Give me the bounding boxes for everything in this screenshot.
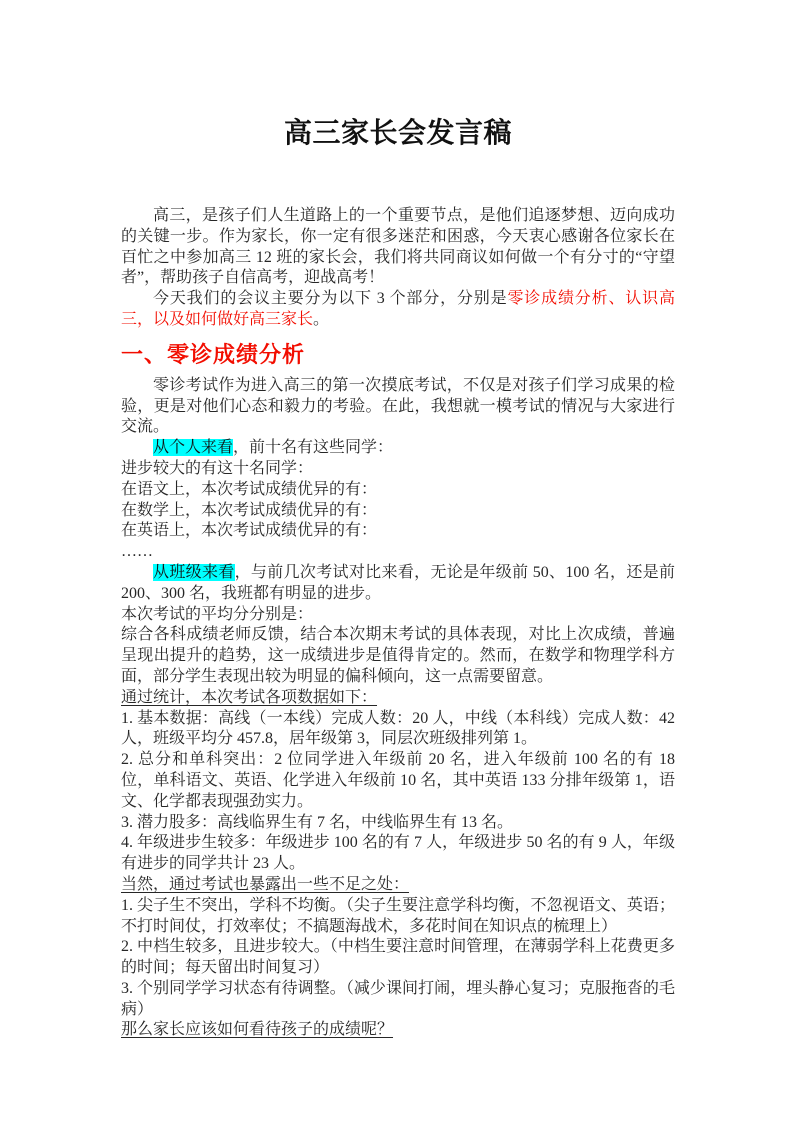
text-run: 1. 基本数据：高线（一本线）完成人数：20 人，中线（本科线）完成人数：42 … (121, 710, 675, 748)
underlined-text: 当然，通过考试也暴露出一些不足之处： (121, 876, 409, 893)
paragraph: 在语文上，本次考试成绩优异的有： (121, 480, 675, 501)
paragraph: 高三，是孩子们人生道路上的一个重要节点，是他们追逐梦想、迈向成功的关键一步。作为… (121, 206, 675, 289)
red-text: 一、零诊成绩分析 (121, 342, 305, 367)
paragraph: 1. 基本数据：高线（一本线）完成人数：20 人，中线（本科线）完成人数：42 … (121, 709, 675, 751)
paragraph: 2. 中档生较多，且进步较大。（中档生要注意时间管理，在薄弱学科上花费更多的时间… (121, 937, 675, 979)
paragraph: 2. 总分和单科突出：2 位同学进入年级前 20 名，进入年级前 100 名的有… (121, 750, 675, 812)
text-run: …… (121, 543, 153, 560)
text-run: 在语文上，本次考试成绩优异的有： (121, 481, 377, 498)
text-run: 3. 潜力股多：高线临界生有 7 名，中线临界生有 13 名。 (121, 814, 513, 831)
text-run: 2. 总分和单科突出：2 位同学进入年级前 20 名，进入年级前 100 名的有… (121, 751, 675, 810)
text-run: 进步较大的有这十名同学： (121, 460, 313, 477)
paragraph: 综合各科成绩老师反馈，结合本次期末考试的具体表现，对比上次成绩，普遍呈现出提升的… (121, 625, 675, 687)
text-run: 高三，是孩子们人生道路上的一个重要节点，是他们追逐梦想、迈向成功的关键一步。作为… (121, 207, 675, 286)
text-run: 零诊考试作为进入高三的第一次摸底考试，不仅是对孩子们学习成果的检验，更是对他们心… (121, 377, 675, 436)
text-run: 4. 年级进步生较多：年级进步 100 名的有 7 人，年级进步 50 名的有 … (121, 834, 675, 872)
text-run: 本次考试的平均分分别是： (121, 606, 313, 623)
text-run: ，前十名有这些同学： (233, 439, 393, 456)
paragraph: 本次考试的平均分分别是： (121, 605, 675, 626)
paragraph: 3. 潜力股多：高线临界生有 7 名，中线临界生有 13 名。 (121, 813, 675, 834)
document-body: 高三，是孩子们人生道路上的一个重要节点，是他们追逐梦想、迈向成功的关键一步。作为… (121, 206, 675, 1041)
text-run: 在英语上，本次考试成绩优异的有： (121, 522, 377, 539)
document-page: 高三家长会发言稿 高三，是孩子们人生道路上的一个重要节点，是他们追逐梦想、迈向成… (0, 0, 793, 1122)
text-run: 1. 尖子生不突出，学科不均衡。（尖子生要注意学科均衡，不忽视语文、英语；不打时… (121, 897, 675, 935)
paragraph: 在英语上，本次考试成绩优异的有： (121, 521, 675, 542)
underlined-text: 通过统计，本次考试各项数据如下： (121, 689, 377, 706)
text-run: 2. 中档生较多，且进步较大。（中档生要注意时间管理，在薄弱学科上花费更多的时间… (121, 938, 675, 976)
paragraph: 1. 尖子生不突出，学科不均衡。（尖子生要注意学科均衡，不忽视语文、英语；不打时… (121, 896, 675, 938)
text-run: 3. 个别同学学习状态有待调整。（减少课间打闹，埋头静心复习；克服拖沓的毛病） (121, 980, 675, 1018)
paragraph: 从个人来看，前十名有这些同学： (121, 438, 675, 459)
paragraph: 3. 个别同学学习状态有待调整。（减少课间打闹，埋头静心复习；克服拖沓的毛病） (121, 979, 675, 1021)
text-run: 。 (313, 311, 329, 328)
doc-title: 高三家长会发言稿 (121, 112, 675, 156)
paragraph: 进步较大的有这十名同学： (121, 459, 675, 480)
paragraph: 当然，通过考试也暴露出一些不足之处： (121, 875, 675, 896)
highlighted-text: 从班级来看 (153, 564, 235, 581)
text-run: 在数学上，本次考试成绩优异的有： (121, 502, 377, 519)
highlighted-text: 从个人来看 (153, 439, 233, 456)
paragraph: 4. 年级进步生较多：年级进步 100 名的有 7 人，年级进步 50 名的有 … (121, 833, 675, 875)
paragraph: 那么家长应该如何看待孩子的成绩呢？ (121, 1020, 675, 1041)
text-run: 今天我们的会议主要分为以下 3 个部分，分别是 (153, 290, 507, 307)
section-heading: 一、零诊成绩分析 (121, 339, 675, 370)
paragraph: 从班级来看，与前几次考试对比来看，无论是年级前 50、100 名，还是前 200… (121, 563, 675, 605)
paragraph: 今天我们的会议主要分为以下 3 个部分，分别是零诊成绩分析、认识高三，以及如何做… (121, 289, 675, 331)
paragraph: …… (121, 542, 675, 563)
paragraph: 零诊考试作为进入高三的第一次摸底考试，不仅是对孩子们学习成果的检验，更是对他们心… (121, 376, 675, 438)
underlined-text: 那么家长应该如何看待孩子的成绩呢？ (121, 1021, 393, 1038)
paragraph: 在数学上，本次考试成绩优异的有： (121, 501, 675, 522)
text-run: 综合各科成绩老师反馈，结合本次期末考试的具体表现，对比上次成绩，普遍呈现出提升的… (121, 626, 675, 685)
paragraph: 通过统计，本次考试各项数据如下： (121, 688, 675, 709)
